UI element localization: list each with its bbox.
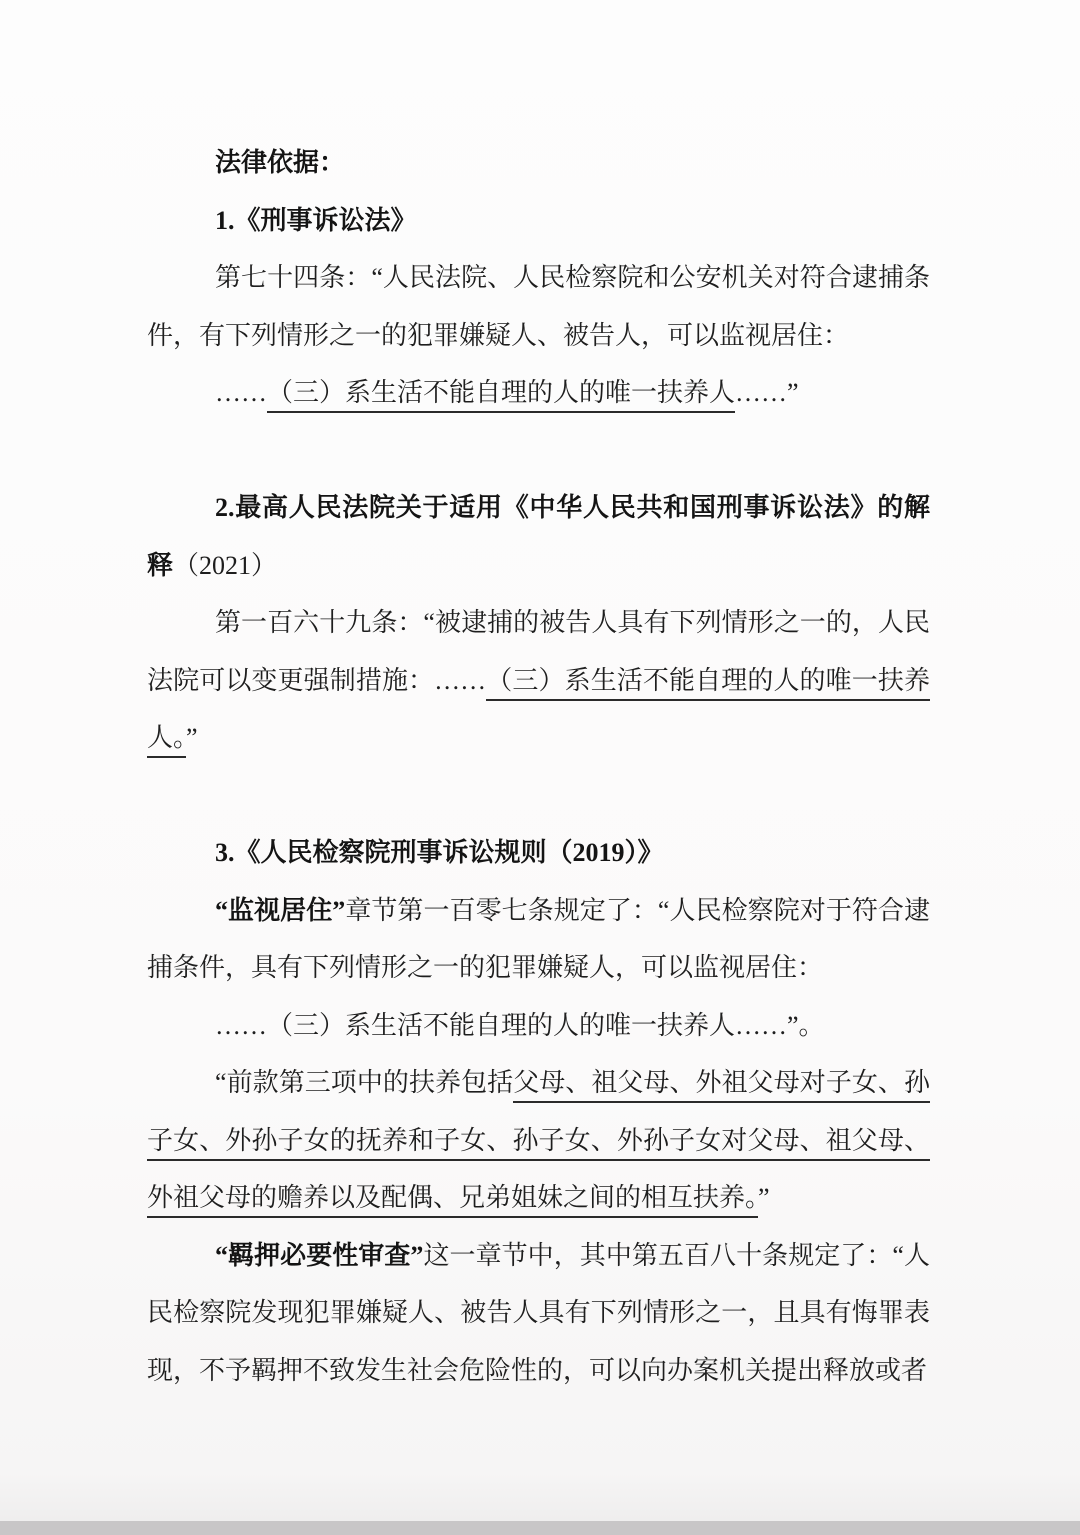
text-run: “前款第三项中的扶养包括	[215, 1068, 513, 1097]
bottom-bar	[0, 1521, 1080, 1535]
section-2-title: 2.最高人民法院关于适用《中华人民共和国刑事诉讼法》的解释（2021）	[147, 479, 930, 594]
bold-text: 3.《人民检察院刑事诉讼规则（2019）》	[215, 838, 664, 867]
bold-text: 1.《刑事诉讼法》	[215, 206, 417, 235]
section-1-paragraph-1: 第七十四条：“人民法院、人民检察院和公安机关对符合逮捕条件，有下列情形之一的犯罪…	[147, 249, 930, 364]
document-page: 法律依据：1.《刑事诉讼法》第七十四条：“人民法院、人民检察院和公安机关对符合逮…	[0, 0, 1080, 1535]
bold-text: 法律依据：	[215, 148, 345, 177]
section-1-title: 1.《刑事诉讼法》	[147, 192, 930, 250]
section-2-paragraph-1: 第一百六十九条：“被逮捕的被告人具有下列情形之一的，人民法院可以变更强制措施：……	[147, 594, 930, 767]
text-run: ”	[186, 723, 198, 752]
text-run: 第七十四条：“人民法院、人民检察院和公安机关对符合逮捕条件，有下列情形之一的犯罪…	[147, 263, 930, 350]
section-1-paragraph-2: ……（三）系生活不能自理的人的唯一扶养人……”	[147, 364, 930, 422]
section-3-title: 3.《人民检察院刑事诉讼规则（2019）》	[147, 824, 930, 882]
doc-heading: 法律依据：	[147, 134, 930, 192]
section-3-paragraph-1: “监视居住”章节第一百零七条规定了：“人民检察院对于符合逮捕条件，具有下列情形之…	[147, 882, 930, 997]
text-run: ……”	[735, 378, 799, 407]
bold-text: “羁押必要性审查”	[215, 1241, 423, 1270]
document-body: 法律依据：1.《刑事诉讼法》第七十四条：“人民法院、人民检察院和公安机关对符合逮…	[0, 0, 1080, 1399]
section-3-paragraph-3: “前款第三项中的扶养包括父母、祖父母、外祖父母对子女、孙子女、外孙子女的抚养和子…	[147, 1054, 930, 1227]
section-3-paragraph-2: ……（三）系生活不能自理的人的唯一扶养人……”。	[147, 997, 930, 1055]
text-run: ……	[215, 378, 267, 407]
bold-text: “监视居住”	[215, 896, 345, 925]
text-run: ……（三）系生活不能自理的人的唯一扶养人……”。	[215, 1011, 825, 1040]
text-run: （2021）	[173, 551, 277, 580]
text-run: ”	[758, 1183, 770, 1212]
underlined-text: （三）系生活不能自理的人的唯一扶养人	[267, 378, 735, 413]
section-3-paragraph-4: “羁押必要性审查”这一章节中，其中第五百八十条规定了：“人民检察院发现犯罪嫌疑人…	[147, 1227, 930, 1400]
